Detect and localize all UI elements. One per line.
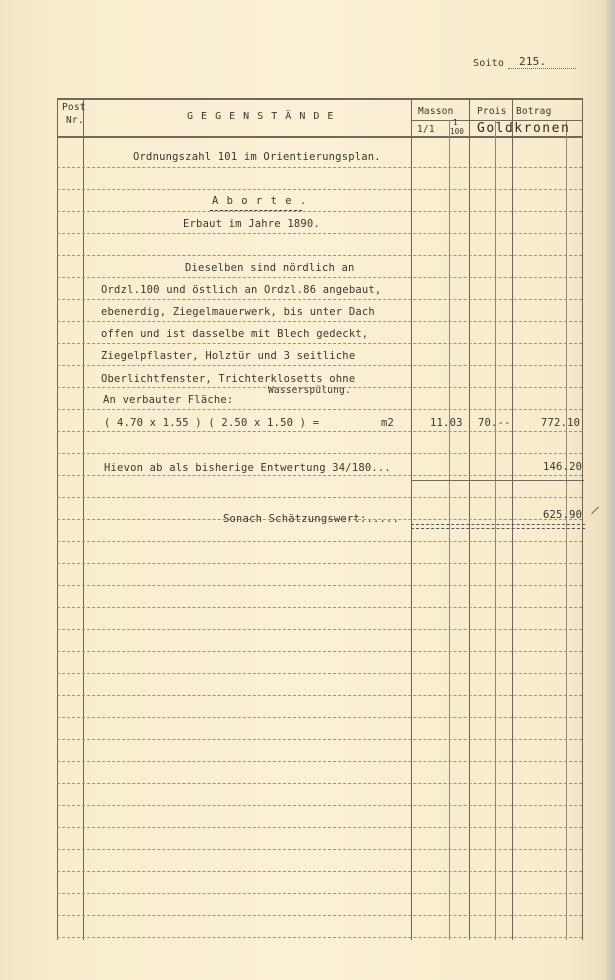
row-estimate: Sonach Schätzungswert:..... (223, 513, 399, 525)
row-calc-price: 70.-- (478, 417, 511, 429)
row-rule (57, 321, 582, 322)
row-rule (57, 563, 582, 564)
row-rule (57, 541, 582, 542)
row-area-label: An verbauter Fläche: (103, 394, 233, 406)
row-rule (57, 585, 582, 586)
row-rule (57, 893, 582, 894)
row-calc-mass: 11.03 (430, 417, 463, 429)
col-line-price-sub (495, 120, 496, 940)
header-amount: Botrag (516, 106, 552, 117)
page-number: 215. (519, 55, 546, 68)
header-currency: Goldkronen (477, 121, 570, 136)
header-masses-whole: 1/1 (417, 124, 435, 135)
page-edge (605, 0, 615, 980)
row-rule (57, 805, 582, 806)
row-rule (57, 365, 582, 366)
col-line-mass-sub (449, 120, 450, 940)
row-rule (57, 827, 582, 828)
row-rule (57, 651, 582, 652)
row-deduction-amount: 146.20 (543, 461, 582, 473)
row-rule (57, 497, 582, 498)
row-desc-1: Dieselben sind nördlich an (185, 262, 355, 274)
row-desc-5: Ziegelpflaster, Holztür und 3 seitliche (101, 350, 355, 362)
page-number-underline (508, 68, 576, 69)
row-rule (57, 277, 582, 278)
header-price: Prois (477, 106, 507, 117)
header-masses-fraction-den: 100 (450, 127, 464, 136)
row-rule (57, 717, 582, 718)
row-rule (57, 783, 582, 784)
subtotal-rule (411, 480, 584, 481)
row-rule (57, 167, 582, 168)
header-post: Post (62, 102, 86, 113)
row-rule (57, 673, 582, 674)
check-mark-icon (591, 507, 599, 515)
col-line-right (582, 98, 583, 940)
header-masses: Masson (418, 106, 454, 117)
row-desc-3: ebenerdig, Ziegelmauerwerk, bis unter Da… (101, 306, 375, 318)
row-rule (57, 475, 582, 476)
row-desc-2: Ordzl.100 und östlich an Ordzl.86 angeba… (101, 284, 381, 296)
row-rule (57, 871, 582, 872)
title-underline (210, 210, 302, 211)
row-rule (57, 761, 582, 762)
row-calc-amount: 772.10 (541, 417, 580, 429)
row-desc-7: Wasserspülung. (268, 385, 351, 396)
col-line-amount-sub (566, 120, 567, 940)
row-calc: ( 4.70 x 1.55 ) ( 2.50 x 1.50 ) = (104, 417, 319, 429)
row-rule (57, 453, 582, 454)
row-rule (57, 431, 582, 432)
row-rule (57, 343, 582, 344)
row-rule (57, 937, 582, 938)
row-rule (57, 607, 582, 608)
row-rule (57, 189, 582, 190)
row-desc-6: Oberlichtfenster, Trichterklosetts ohne (101, 373, 355, 385)
row-desc-4: offen und ist dasselbe mit Blech gedeckt… (101, 328, 368, 340)
row-rule (57, 255, 582, 256)
header-bottom-border (57, 136, 582, 138)
row-deduction: Hievon ab als bisherige Entwertung 34/18… (104, 462, 391, 474)
header-items: G E G E N S T Ä N D E (187, 111, 334, 122)
row-rule (57, 849, 582, 850)
row-rule (57, 233, 582, 234)
row-calc-unit: m2 (381, 417, 394, 429)
row-estimate-amount: 625.90 (543, 509, 582, 521)
row-rule (57, 409, 582, 410)
row-rule (57, 211, 582, 212)
row-title-aborte: A b o r t e . (212, 195, 307, 207)
total-double-rule (411, 524, 585, 529)
header-masses-fraction-num: 1 (453, 118, 458, 127)
row-rule (57, 629, 582, 630)
row-ordnungszahl: Ordnungszahl 101 im Orientierungsplan. (133, 151, 381, 163)
row-rule (57, 915, 582, 916)
row-rule (57, 695, 582, 696)
header-nr: Nr. (66, 115, 84, 126)
row-erbaut: Erbaut im Jahre 1890. (183, 218, 320, 230)
table-top-border (57, 98, 582, 100)
page-label: Soito (473, 58, 504, 69)
row-rule (57, 739, 582, 740)
row-rule (57, 299, 582, 300)
